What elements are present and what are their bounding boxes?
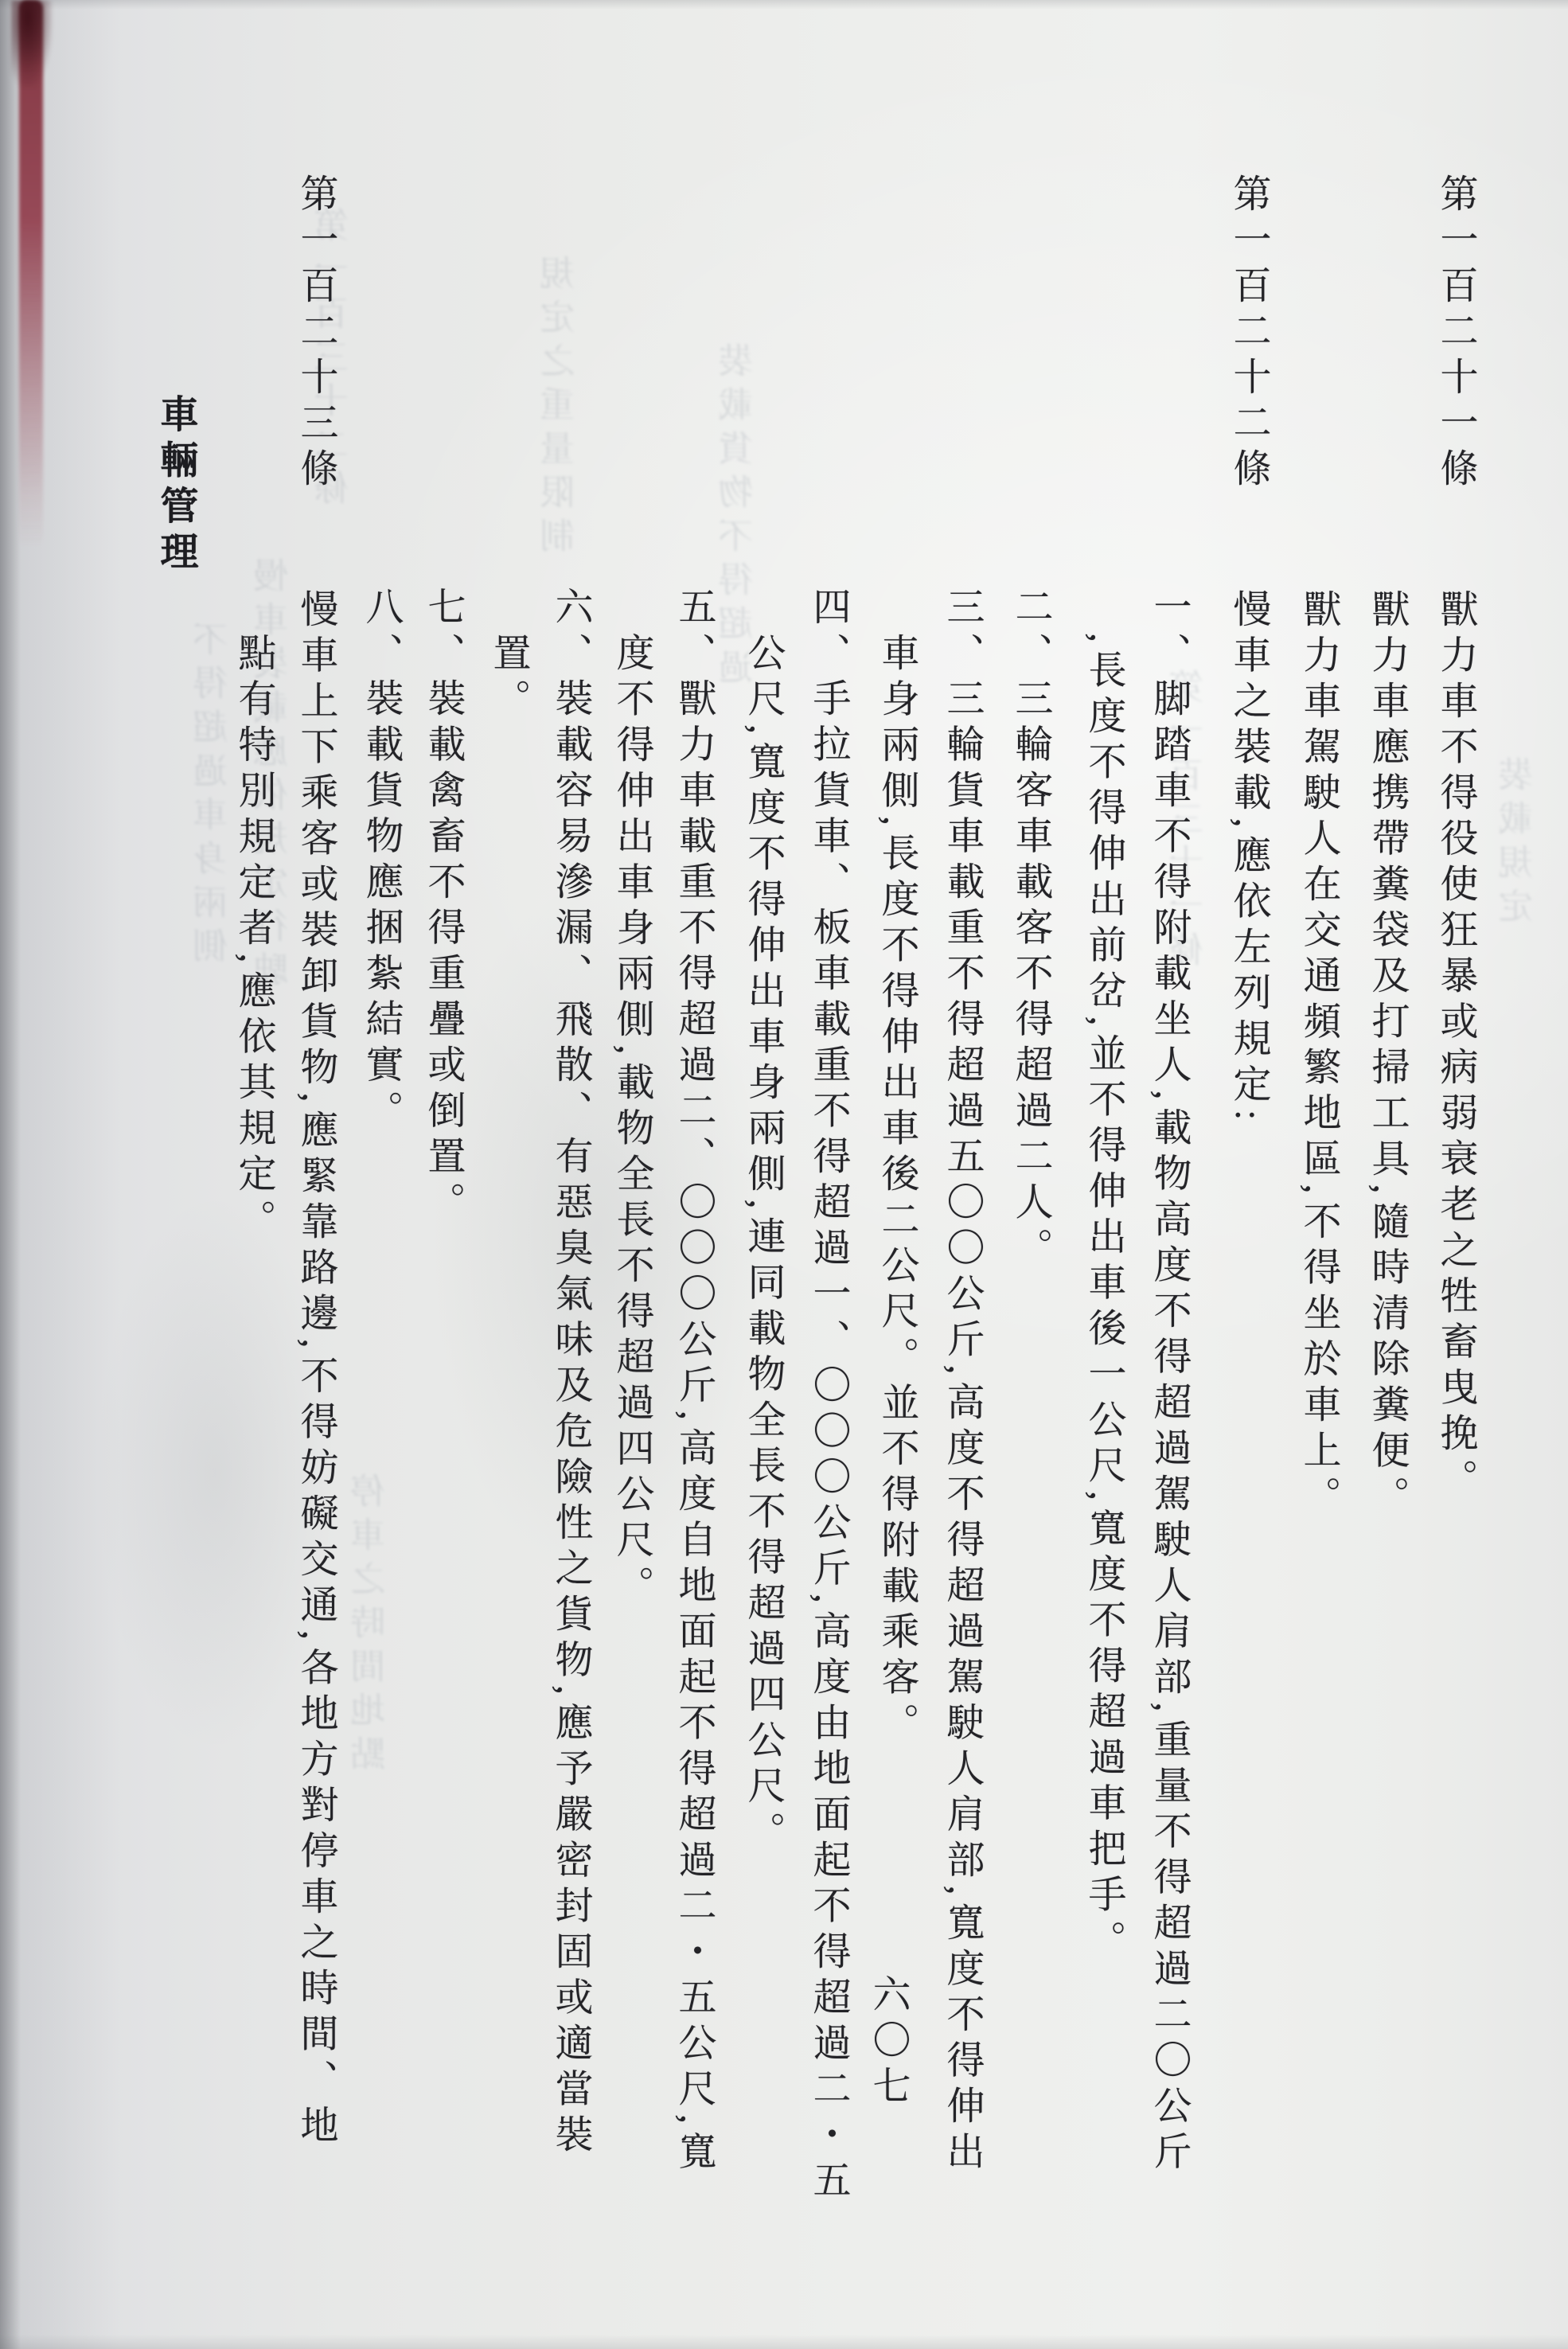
bleed-column: 裝載規定 <box>1496 756 1543 931</box>
item-2-col-1: 二、三輪客車載客不得超過二人。 <box>1006 587 1054 1274</box>
item-8-col-1: 八、裝載貨物應捆紮結實。 <box>357 587 404 1136</box>
article-122-heading: 第一百二十二條 <box>1224 174 1272 494</box>
item-6-col-1: 六、裝載容易滲漏、飛散、有惡臭氣味及危險性之貨物,應予嚴密封固或適當裝 <box>546 587 594 2160</box>
left-edge-shadow <box>0 0 21 2349</box>
article-121-heading: 第一百二十一條 <box>1431 174 1479 494</box>
item-1-col-1: 一、脚踏車不得附載坐人,載物高度不得超過駕駛人肩部,重量不得超過二〇公斤 <box>1145 587 1192 2177</box>
item-5-col-1: 五、獸力車載重不得超過二、〇〇〇公斤,高度自地面起不得超過二・五公尺,寬 <box>669 587 717 2177</box>
bleed-column: 停車之時間地點 <box>349 1473 395 1779</box>
item-4-col-1: 四、手拉貨車、板車載重不得超過一、〇〇〇公斤,高度由地面起不得超過二・五 <box>804 587 852 2206</box>
item-3-col-1: 三、三輪貨車載重不得超過五〇〇公斤,高度不得超過駕駛人肩部,寬度不得伸出 <box>938 587 985 2177</box>
page-number: 六〇七 <box>864 1974 911 2112</box>
article-122-intro: 慢車之裝載,應依左列規定: <box>1224 589 1272 1128</box>
article-121-line-1: 獸力車不得役使狂暴或病弱衰老之牲畜曳挽。 <box>1431 589 1479 1504</box>
item-5-col-2: 度不得伸出車身兩側,載物全長不得超過四公尺。 <box>607 633 655 1611</box>
item-6-col-2: 置。 <box>484 633 532 724</box>
article-123-col-2: 點有特別規定者,應依其規定。 <box>229 633 277 1245</box>
bleed-column: 規定之重量限制 <box>538 255 584 561</box>
item-7-col-1: 七、裝載禽畜不得重疊或倒置。 <box>419 587 466 1227</box>
article-121-line-3: 獸力車駕駛人在交通頻繁地區,不得坐於車上。 <box>1294 589 1342 1522</box>
article-121-line-2: 獸力車應携帶糞袋及打掃工具,隨時清除糞便。 <box>1363 589 1410 1522</box>
running-header: 車輛管理 <box>151 394 199 577</box>
top-edge-shadow <box>0 0 1568 10</box>
item-1-col-2: ,長度不得伸出前岔,並不得伸出車後一公尺,寬度不得超過車把手。 <box>1079 633 1127 1966</box>
article-123-heading: 第一百二十三條 <box>291 174 339 494</box>
scanned-book-page: 第一百三十一條裝載規定裝載貨物不得超過規定之重量限制第一百三十二條慢車裝載應依規… <box>0 0 1568 2349</box>
item-3-col-2: 車身兩側,長度不得伸出車後二公尺。並不得附載乘客。 <box>872 633 920 1749</box>
item-4-col-2: 公尺,寬度不得伸出車身兩側,連同載物全長不得超過四公尺。 <box>739 633 786 1857</box>
article-123-col-1: 慢車上下乘客或裝卸貨物,應緊靠路邊,不得妨礙交通,各地方對停車之時間、地 <box>291 589 339 2151</box>
bottom-edge-shadow <box>0 2335 1568 2349</box>
red-book-edge-stain-top <box>11 0 53 88</box>
